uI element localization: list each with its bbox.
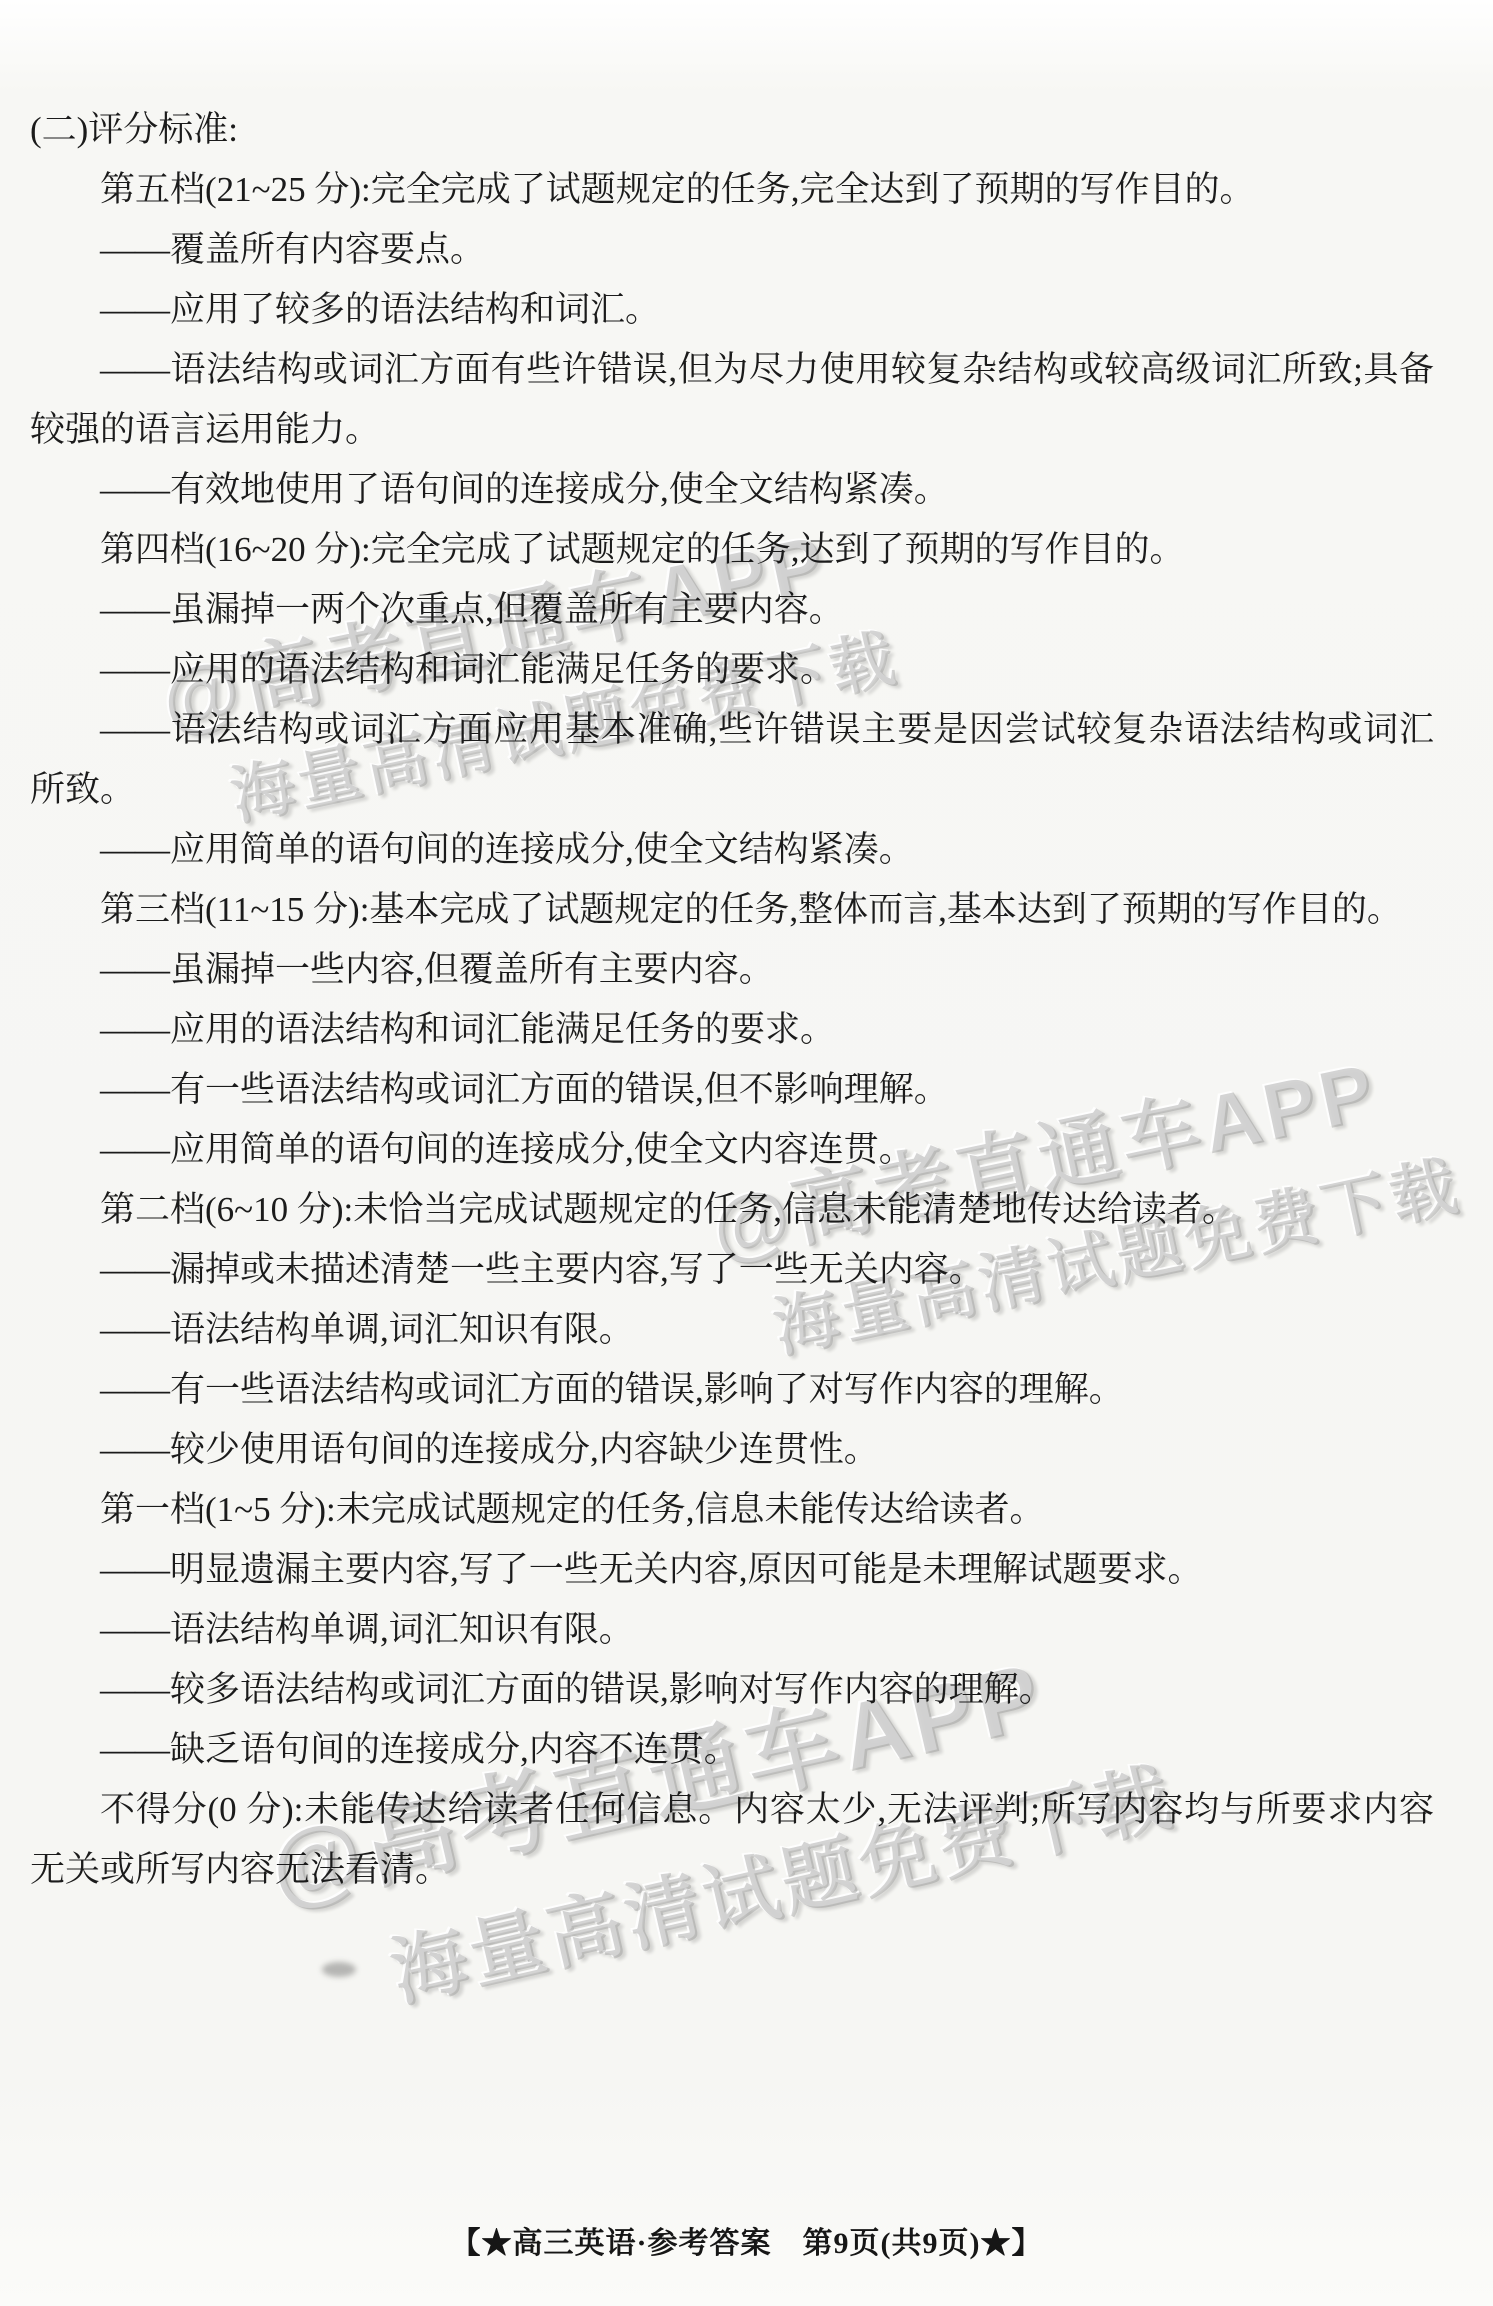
rubric-line: ——明显遗漏主要内容,写了一些无关内容,原因可能是未理解试题要求。 bbox=[30, 1540, 1434, 1600]
rubric-line: ——应用简单的语句间的连接成分,使全文内容连贯。 bbox=[30, 1120, 1434, 1180]
rubric-line: ——应用简单的语句间的连接成分,使全文结构紧凑。 bbox=[30, 820, 1434, 880]
rubric-line: ——虽漏掉一些内容,但覆盖所有主要内容。 bbox=[30, 940, 1434, 1000]
scanned-answer-page: @高考直通车APP 海量高清试题免费下载 @高考直通车APP 海量高清试题免费下… bbox=[0, 0, 1493, 2306]
rubric-line: ——有一些语法结构或词汇方面的错误,但不影响理解。 bbox=[30, 1060, 1434, 1120]
rubric-line: ——语法结构单调,词汇知识有限。 bbox=[30, 1600, 1434, 1660]
section-heading: (二)评分标准: bbox=[30, 100, 1434, 160]
rubric-line: ——漏掉或未描述清楚一些主要内容,写了一些无关内容。 bbox=[30, 1240, 1434, 1300]
rubric-paragraphs: 第五档(21~25 分):完全完成了试题规定的任务,完全达到了预期的写作目的。—… bbox=[30, 160, 1434, 1900]
rubric-line: ——较多语法结构或词汇方面的错误,影响对写作内容的理解。 bbox=[30, 1660, 1434, 1720]
rubric-line: 第五档(21~25 分):完全完成了试题规定的任务,完全达到了预期的写作目的。 bbox=[30, 160, 1434, 220]
scan-smudge bbox=[322, 1962, 356, 1977]
rubric-line: ——应用了较多的语法结构和词汇。 bbox=[30, 280, 1434, 340]
rubric-line: ——语法结构或词汇方面应用基本准确,些许错误主要是因尝试较复杂语法结构或词汇所致… bbox=[30, 700, 1434, 820]
rubric-line: ——虽漏掉一两个次重点,但覆盖所有主要内容。 bbox=[30, 580, 1434, 640]
rubric-line: 第三档(11~15 分):基本完成了试题规定的任务,整体而言,基本达到了预期的写… bbox=[30, 880, 1434, 940]
rubric-line: ——语法结构或词汇方面有些许错误,但为尽力使用较复杂结构或较高级词汇所致;具备较… bbox=[30, 340, 1434, 460]
rubric-line: 第二档(6~10 分):未恰当完成试题规定的任务,信息未能清楚地传达给读者。 bbox=[30, 1180, 1434, 1240]
rubric-line: ——缺乏语句间的连接成分,内容不连贯。 bbox=[30, 1720, 1434, 1780]
rubric-line: ——有效地使用了语句间的连接成分,使全文结构紧凑。 bbox=[30, 460, 1434, 520]
rubric-line: ——覆盖所有内容要点。 bbox=[30, 220, 1434, 280]
rubric-line: 不得分(0 分):未能传达给读者任何信息。内容太少,无法评判;所写内容均与所要求… bbox=[30, 1780, 1434, 1900]
rubric-line: 第四档(16~20 分):完全完成了试题规定的任务,达到了预期的写作目的。 bbox=[30, 520, 1434, 580]
rubric-line: 第一档(1~5 分):未完成试题规定的任务,信息未能传达给读者。 bbox=[30, 1480, 1434, 1540]
rubric-line: ——应用的语法结构和词汇能满足任务的要求。 bbox=[30, 1000, 1434, 1060]
rubric-line: ——较少使用语句间的连接成分,内容缺少连贯性。 bbox=[30, 1420, 1434, 1480]
page-footer: 【★高三英语·参考答案 第9页(共9页)★】 bbox=[0, 2218, 1493, 2262]
rubric-line: ——语法结构单调,词汇知识有限。 bbox=[30, 1300, 1434, 1360]
rubric-body: (二)评分标准: 第五档(21~25 分):完全完成了试题规定的任务,完全达到了… bbox=[30, 100, 1434, 1900]
rubric-line: ——有一些语法结构或词汇方面的错误,影响了对写作内容的理解。 bbox=[30, 1360, 1434, 1420]
rubric-line: ——应用的语法结构和词汇能满足任务的要求。 bbox=[30, 640, 1434, 700]
